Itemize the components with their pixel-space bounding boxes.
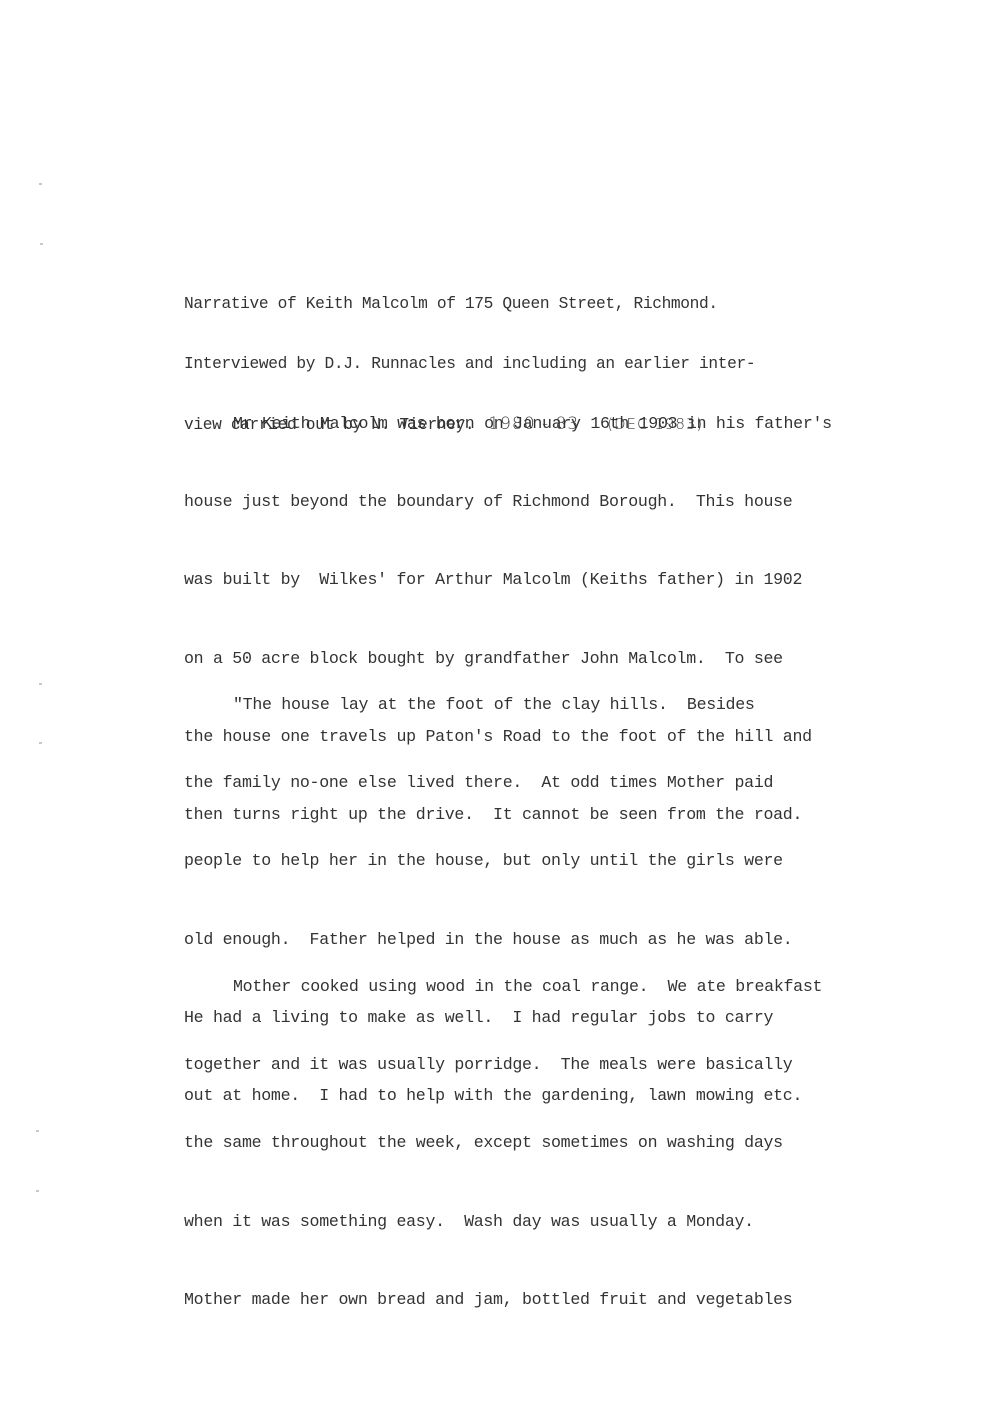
paragraph-line: the same throughout the week, except som… [184,1131,884,1171]
paragraph-3: Mother cooked using wood in the coal ran… [184,937,884,1366]
paragraph-line: when it was something easy. Wash day was… [184,1210,884,1250]
document-page: Narrative of Keith Malcolm of 175 Queen … [0,0,1000,1410]
header-line-1: Narrative of Keith Malcolm of 175 Queen … [184,294,755,314]
paragraph-line: together and it was usually porridge. Th… [184,1053,884,1093]
scan-mark [40,243,43,245]
scan-mark [39,183,42,185]
paragraph-line: house just beyond the boundary of Richmo… [184,490,884,530]
header-line-2: Interviewed by D.J. Runnacles and includ… [184,354,755,374]
paragraph-line: "The house lay at the foot of the clay h… [184,693,884,733]
scan-mark [36,1130,39,1132]
scan-mark [39,683,42,685]
paragraph-line: Mother made her own bread and jam, bottl… [184,1288,884,1328]
paragraph-line: Mr Keith Malcolm was born on January 16t… [184,412,884,452]
scan-mark [36,1190,39,1192]
paragraph-line: the family no-one else lived there. At o… [184,771,884,811]
paragraph-line: was built by Wilkes' for Arthur Malcolm … [184,568,884,608]
paragraph-line: people to help her in the house, but onl… [184,849,884,889]
scan-mark [39,742,42,744]
paragraph-line: Mother cooked using wood in the coal ran… [184,975,884,1015]
